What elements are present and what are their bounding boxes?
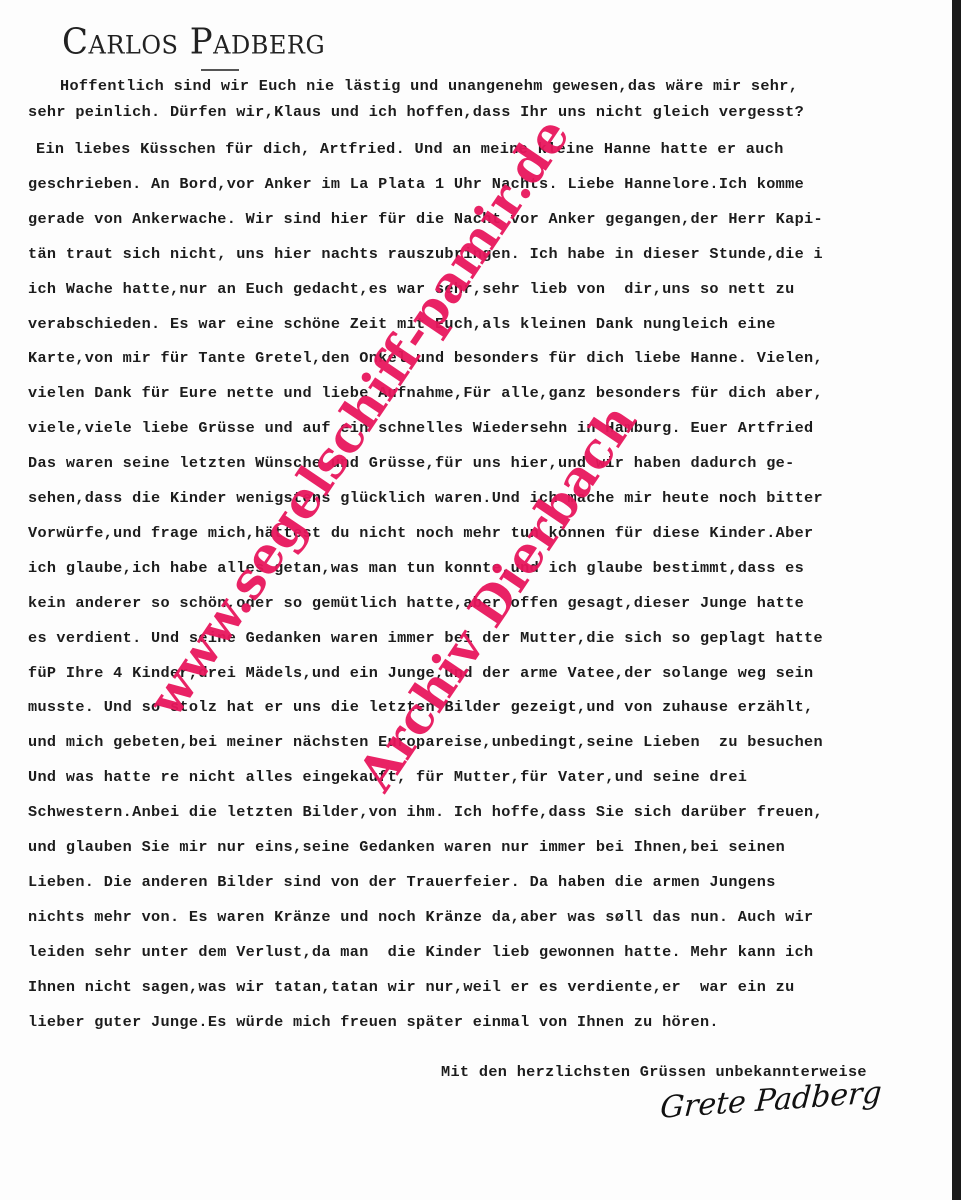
- letter-line: Das waren seine letzten Wünsche und Grüs…: [28, 454, 795, 472]
- letter-line: Ein liebes Küsschen für dich, Artfried. …: [36, 140, 784, 158]
- letter-line: leiden sehr unter dem Verlust,da man die…: [28, 943, 814, 961]
- letter-line: tän traut sich nicht, uns hier nachts ra…: [28, 245, 823, 263]
- letter-line: sehen,dass die Kinder wenigstens glückli…: [28, 489, 823, 507]
- letter-line: es verdient. Und seine Gedanken waren im…: [28, 629, 823, 647]
- letter-line: ich glaube,ich habe alles getan,was man …: [28, 559, 804, 577]
- letter-line: Lieben. Die anderen Bilder sind von der …: [28, 873, 776, 891]
- scan-edge-border: [952, 0, 961, 1200]
- letter-line: Ihnen nicht sagen,was wir tatan,tatan wi…: [28, 978, 795, 996]
- letter-line: Hoffentlich sind wir Euch nie lästig und…: [60, 77, 798, 95]
- letter-line: nichts mehr von. Es waren Kränze und noc…: [28, 908, 814, 926]
- letter-line: geschrieben. An Bord,vor Anker im La Pla…: [28, 175, 804, 193]
- letter-closing: Mit den herzlichsten Grüssen unbekannter…: [441, 1063, 867, 1081]
- letter-line: und glauben Sie mir nur eins,seine Gedan…: [28, 838, 785, 856]
- letter-line: gerade von Ankerwache. Wir sind hier für…: [28, 210, 823, 228]
- letter-line: Vorwürfe,und frage mich,hättest du nicht…: [28, 524, 814, 542]
- letter-line: kein anderer so schön,oder so gemütlich …: [28, 594, 804, 612]
- letter-page: Carlos Padberg Hoffentlich sind wir Euch…: [0, 0, 953, 1200]
- letter-line: sehr peinlich. Dürfen wir,Klaus und ich …: [28, 103, 804, 121]
- letter-line: viele,viele liebe Grüsse und auf ein sch…: [28, 419, 814, 437]
- letter-line: vielen Dank für Eure nette und liebe Auf…: [28, 384, 823, 402]
- letter-line: lieber guter Junge.Es würde mich freuen …: [28, 1013, 719, 1031]
- letter-line: Schwestern.Anbei die letzten Bilder,von …: [28, 803, 823, 821]
